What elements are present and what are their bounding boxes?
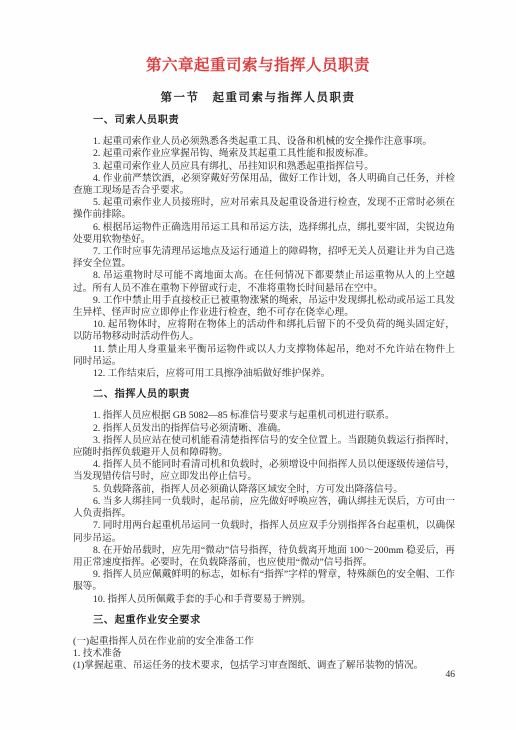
numbered-paragraph: 4. 作业前严禁饮酒，必须穿戴好劳保用品，做好工作计划，各人明确自己任务，并检查…	[73, 173, 455, 197]
section-heading: 一、司索人员职责	[73, 115, 455, 127]
section-heading: 三、起重作业安全要求	[73, 615, 455, 627]
numbered-paragraph: 1. 起重司索作业人员必须熟悉各类起重工具、设备和机械的安全操作注意事项。	[73, 136, 455, 148]
section-subtitle: 第一节 起重司索与指挥人员职责	[0, 89, 516, 105]
chapter-title: 第六章起重司索与指挥人员职责	[0, 57, 516, 76]
plain-line: (一)起重指挥人员在作业前的安全准备工作	[73, 636, 455, 648]
document-page: 第六章起重司索与指挥人员职责 第一节 起重司索与指挥人员职责 一、司索人员职责1…	[0, 0, 516, 730]
numbered-paragraph: 8. 在开始吊载时，应先用“微动”信号指挥，待负载离开地面 100～200mm …	[73, 545, 455, 569]
page-number: 46	[73, 670, 455, 680]
numbered-paragraph: 10. 指挥人员所佩戴手套的手心和手背要易于辨别。	[73, 594, 455, 606]
document-header: 第六章起重司索与指挥人员职责 第一节 起重司索与指挥人员职责	[0, 0, 516, 105]
document-body: 一、司索人员职责1. 起重司索作业人员必须熟悉各类起重工具、设备和机械的安全操作…	[73, 106, 455, 673]
numbered-paragraph: 5. 起重司索作业人员接班时，应对吊索具及起重设备进行检查，发现不正常时必须在操…	[73, 197, 455, 221]
numbered-paragraph: 12. 工作结束后，应将可用工具擦净油垢做好维护保养。	[73, 368, 455, 380]
numbered-paragraph: 9. 指挥人员应佩戴鲜明的标志，如标有“指挥”字样的臂章，特殊颜色的安全帽、工作…	[73, 569, 455, 593]
plain-line: 1. 技术准备	[73, 648, 455, 660]
numbered-paragraph: 11. 禁止用人身重量来平衡吊运物件或以人力支撑物体起吊，绝对不允许站在物件上同…	[73, 344, 455, 368]
numbered-paragraph: 9. 工作中禁止用手直接校正已被重物涨紧的绳索，吊运中发现绑扎松动或吊运工具发生…	[73, 295, 455, 319]
numbered-paragraph: 6. 当多人绑挂同一负载时，起吊前，应先做好呼唤应答，确认绑挂无误后，方可由一人…	[73, 496, 455, 520]
numbered-paragraph: 3. 起重司索作业人员应具有绑扎、吊挂知识和熟悉起重指挥信号。	[73, 161, 455, 173]
numbered-paragraph: 7. 工作时应事先清理吊运地点及运行通道上的障碍物，招呼无关人员避让并为自己选择…	[73, 246, 455, 270]
numbered-paragraph: 1. 指挥人员应根据 GB 5082—85 标准信号要求与起重机司机进行联系。	[73, 410, 455, 422]
numbered-paragraph: 8. 吊运重物时尽可能不离地面太高。在任何情况下都要禁止吊运重物从人的上空越过。…	[73, 270, 455, 294]
numbered-paragraph: 4. 指挥人员不能同时看清司机和负载时，必须增设中间指挥人员以便逐级传递信号，当…	[73, 459, 455, 483]
numbered-paragraph: 2. 指挥人员发出的指挥信号必须清晰、准确。	[73, 423, 455, 435]
numbered-paragraph: 3. 指挥人员应站在使司机能看清楚指挥信号的安全位置上。当跟随负载运行指挥时，应…	[73, 435, 455, 459]
numbered-paragraph: 7. 同时用两台起重机吊运同一负载时，指挥人员应双手分别指挥各台起重机，以确保同…	[73, 520, 455, 544]
numbered-paragraph: 5. 负载降落前，指挥人员必须确认降落区域安全时，方可发出降落信号。	[73, 484, 455, 496]
numbered-paragraph: 2. 起重司索作业应掌握吊钩、绳索及其起重工具性能和报废标准。	[73, 148, 455, 160]
section-heading: 二、指挥人员的职责	[73, 389, 455, 401]
numbered-paragraph: 10. 起吊物体时，应将附在物体上的活动件和绑扎后留下的不受负荷的绳头固定好，以…	[73, 319, 455, 343]
numbered-paragraph: 6. 根据吊运物件正确选用吊运工具和吊运方法，选择绑扎点，绑扎要牢固，尖锐边角处…	[73, 222, 455, 246]
